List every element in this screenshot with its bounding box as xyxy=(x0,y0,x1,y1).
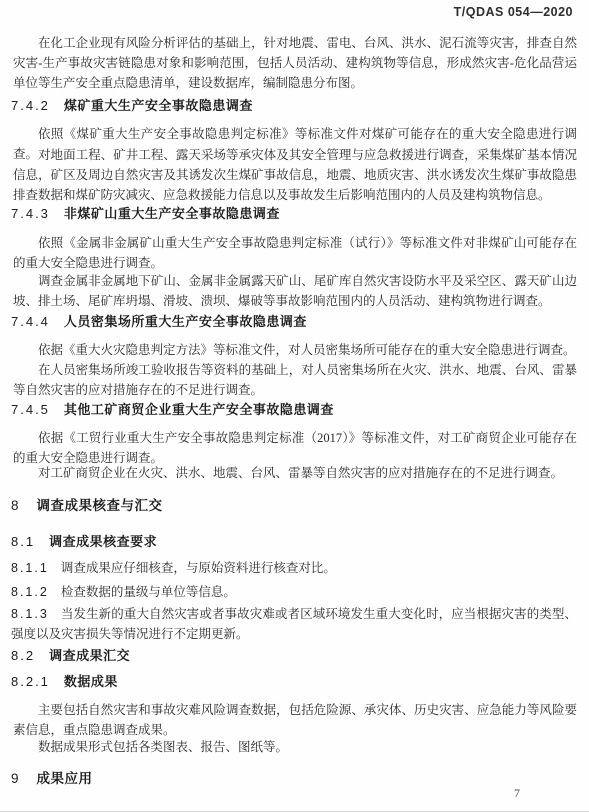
clause-8-1-1: 8.1.1调查成果应仔细核查，与原始资料进行核查对比。 xyxy=(11,558,577,578)
paragraph-chemical-intro: 在化工企业现有风险分析评估的基础上，针对地震、雷电、台风、洪水、泥石流等灾害，排… xyxy=(13,33,577,93)
clause-number: 8.1.2 xyxy=(11,585,49,599)
heading-7-4-2: 7.4.2煤矿重大生产安全事故隐患调查 xyxy=(11,97,577,115)
paragraph: 对工矿商贸企业在火灾、洪水、地震、台风、雷暴等自然灾害的应对措施存在的不足进行调… xyxy=(13,463,577,483)
paragraph: 主要包括自然灾害和事故灾难风险调查数据，包括危险源、承灾体、历史灾害、应急能力等… xyxy=(13,700,577,740)
clause-8-1-2: 8.1.2检查数据的量级与单位等信息。 xyxy=(11,582,577,602)
paragraph: 调查金属非金属地下矿山、金属非金属露天矿山、尾矿库自然灾害设防水平及采空区、露天… xyxy=(13,271,577,311)
clause-number: 8.1.3 xyxy=(11,607,49,621)
heading-8-2-1: 8.2.1数据成果 xyxy=(11,673,577,691)
heading-number: 7.4.4 xyxy=(11,314,50,329)
heading-number: 9 xyxy=(11,771,19,786)
heading-title: 非煤矿山重大生产安全事故隐患调查 xyxy=(64,206,280,221)
paragraph: 对地面工程、矿井工程、露天采场等承灾体及其安全管理与应急救援进行调查，采集煤矿基… xyxy=(13,145,577,205)
paragraph: 依据《工贸行业重大生产安全事故隐患判定标准（2017）》等标准文件，对工矿商贸企… xyxy=(13,428,577,468)
heading-number: 8.1 xyxy=(11,534,35,549)
paragraph: 数据成果形式包括各类图表、报告、图纸等。 xyxy=(13,737,577,757)
paragraph: 依据《重大火灾隐患判定方法》等标准文件，对人员密集场所可能存在的重大安全隐患进行… xyxy=(13,340,577,360)
heading-number: 7.4.5 xyxy=(11,402,50,417)
heading-7-4-3: 7.4.3非煤矿山重大生产安全事故隐患调查 xyxy=(11,205,577,223)
heading-title: 数据成果 xyxy=(64,674,118,689)
clause-text: 检查数据的量级与单位等信息。 xyxy=(61,585,236,599)
heading-number: 7.4.2 xyxy=(11,98,50,113)
clause-8-1-3: 8.1.3当发生新的重大自然灾害或者事故灾难或者区域环境发生重大变化时，应当根据… xyxy=(11,604,577,644)
heading-number: 8.2 xyxy=(11,648,35,663)
page-number: 7 xyxy=(514,786,520,801)
heading-title: 人员密集场所重大生产安全事故隐患调查 xyxy=(64,314,307,329)
paragraph: 依照《金属非金属矿山重大生产安全事故隐患判定标准（试行）》等标准文件对非煤矿山可… xyxy=(13,233,577,273)
heading-8-2: 8.2调查成果汇交 xyxy=(11,647,577,665)
heading-7-4-4: 7.4.4人员密集场所重大生产安全事故隐患调查 xyxy=(11,313,577,331)
heading-7-4-5: 7.4.5其他工矿商贸企业重大生产安全事故隐患调查 xyxy=(11,401,577,419)
heading-8-1: 8.1调查成果核查要求 xyxy=(11,533,577,551)
heading-title: 调查成果核查与汇交 xyxy=(37,498,163,513)
paragraph: 在人员密集场所竣工验收报告等资料的基础上，对人员密集场所在火灾、洪水、地震、台风… xyxy=(13,360,577,400)
heading-title: 煤矿重大生产安全事故隐患调查 xyxy=(64,98,253,113)
heading-title: 调查成果核查要求 xyxy=(49,534,157,549)
heading-number: 8.2.1 xyxy=(11,674,50,689)
heading-number: 8 xyxy=(11,498,19,513)
heading-chapter-8: 8调查成果核查与汇交 xyxy=(11,497,577,515)
clause-text: 调查成果应仔细核查，与原始资料进行核查对比。 xyxy=(61,561,336,575)
clause-number: 8.1.1 xyxy=(11,561,49,575)
heading-number: 7.4.3 xyxy=(11,206,50,221)
heading-title: 成果应用 xyxy=(37,771,93,786)
heading-title: 其他工矿商贸企业重大生产安全事故隐患调查 xyxy=(64,402,334,417)
heading-chapter-9: 9成果应用 xyxy=(11,770,577,788)
standard-code-header: T/QDAS 054—2020 xyxy=(454,5,573,19)
clause-text: 当发生新的重大自然灾害或者事故灾难或者区域环境发生重大变化时，应当根据灾害的类型… xyxy=(11,607,577,641)
heading-title: 调查成果汇交 xyxy=(49,648,130,663)
document-page: T/QDAS 054—2020 在化工企业现有风险分析评估的基础上，针对地震、雷… xyxy=(0,0,589,812)
